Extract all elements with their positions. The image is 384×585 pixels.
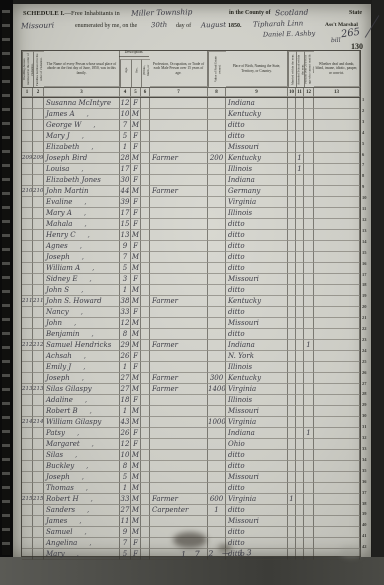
- cannot-read-write-mark: 1: [304, 340, 314, 351]
- married-within-year-mark: [288, 461, 296, 472]
- occupation: [150, 274, 208, 285]
- column-number-12: 12: [304, 88, 314, 97]
- ditto-mark: ,: [90, 407, 92, 415]
- color: [141, 439, 150, 450]
- person-name: Thomas,: [44, 483, 120, 494]
- sex: M: [131, 109, 141, 120]
- family-number: [33, 406, 44, 417]
- ditto-mark: ,: [85, 528, 87, 536]
- married-within-year-mark: [288, 549, 296, 560]
- year-printed: 1850.: [228, 23, 242, 29]
- color: [141, 428, 150, 439]
- married-within-year-mark: [288, 516, 296, 527]
- birthplace: Missouri: [226, 318, 288, 329]
- birthplace: Virginia: [226, 197, 288, 208]
- table-row: Agnes,9Fditto: [22, 241, 360, 252]
- ditto-mark: ,: [89, 539, 91, 547]
- dwelling-number: [22, 472, 33, 483]
- married-within-year-mark: [288, 263, 296, 274]
- sex: M: [131, 505, 141, 516]
- married-within-year-mark: [288, 208, 296, 219]
- table-row: Joseph,7Mditto: [22, 252, 360, 263]
- attended-school-mark: [296, 98, 304, 109]
- occupation: [150, 230, 208, 241]
- occupation: Farmer: [150, 373, 208, 384]
- remarks: [314, 142, 360, 153]
- age: 28: [120, 153, 131, 164]
- married-within-year-mark: [288, 274, 296, 285]
- column-number-2: 2: [33, 88, 44, 97]
- sex: F: [131, 219, 141, 230]
- table-row: 212212Samuel Hendricks29MFarmerIndiana1: [22, 340, 360, 351]
- real-estate-value: [208, 98, 226, 109]
- cannot-read-write-mark: [304, 483, 314, 494]
- sex: M: [131, 417, 141, 428]
- occupation: [150, 461, 208, 472]
- sex: F: [131, 197, 141, 208]
- dwelling-number: [22, 252, 33, 263]
- cannot-read-write-mark: [304, 538, 314, 549]
- ditto-mark: ,: [77, 429, 79, 437]
- birthplace: ditto: [226, 219, 288, 230]
- margin-line-number: 7: [362, 160, 371, 171]
- married-within-year-mark: [288, 395, 296, 406]
- margin-line-number: 6: [362, 150, 371, 161]
- color: [141, 285, 150, 296]
- cannot-read-write-mark: [304, 417, 314, 428]
- remarks: [314, 450, 360, 461]
- birthplace: Missouri: [226, 142, 288, 153]
- margin-line-number: 35: [362, 466, 371, 477]
- real-estate-value: [208, 252, 226, 263]
- attended-school-mark: [296, 373, 304, 384]
- sex: F: [131, 98, 141, 109]
- table-row: Mary A,17FIllinois: [22, 208, 360, 219]
- family-number: [33, 362, 44, 373]
- attended-school-mark: [296, 428, 304, 439]
- color: [141, 384, 150, 395]
- family-number: [33, 318, 44, 329]
- remarks: [314, 362, 360, 373]
- attended-school-mark: [296, 516, 304, 527]
- dwelling-number: [22, 120, 33, 131]
- birthplace: Illinois: [226, 395, 288, 406]
- remarks: [314, 395, 360, 406]
- color: [141, 461, 150, 472]
- column-header-11: Attended School within the year.: [296, 51, 304, 87]
- column-number-8: 8: [208, 88, 226, 97]
- corner-scribble: bill: [331, 37, 341, 44]
- married-within-year-mark: [288, 384, 296, 395]
- birthplace: Kentucky: [226, 153, 288, 164]
- table-row: Robert B,1MMissouri: [22, 406, 360, 417]
- color: [141, 230, 150, 241]
- person-name: Adaline,: [44, 395, 120, 406]
- attended-school-mark: [296, 186, 304, 197]
- age: 3: [120, 274, 131, 285]
- attended-school-mark: [296, 252, 304, 263]
- remarks: [314, 428, 360, 439]
- age: 1: [120, 406, 131, 417]
- margin-line-number: 15: [362, 248, 371, 259]
- margin-line-number: 18: [362, 280, 371, 291]
- married-within-year-mark: [288, 186, 296, 197]
- remarks: [314, 340, 360, 351]
- person-name: Nancy,: [44, 307, 120, 318]
- color: [141, 219, 150, 230]
- table-row: Thomas,1Mditto: [22, 483, 360, 494]
- dwelling-number: [22, 230, 33, 241]
- cannot-read-write-mark: [304, 219, 314, 230]
- family-number: 211: [33, 296, 44, 307]
- birthplace: Illinois: [226, 164, 288, 175]
- age: 33: [120, 494, 131, 505]
- age: 18: [120, 395, 131, 406]
- dwelling-number: [22, 428, 33, 439]
- marshal-signature-2: Daniel E. Ashby: [263, 29, 315, 38]
- color: [141, 527, 150, 538]
- cannot-read-write-mark: [304, 527, 314, 538]
- color: [141, 329, 150, 340]
- color: [141, 318, 150, 329]
- color: [141, 406, 150, 417]
- attended-school-mark: [296, 219, 304, 230]
- age: 1: [120, 362, 131, 373]
- sex: F: [131, 538, 141, 549]
- family-number: 209: [33, 153, 44, 164]
- attended-school-mark: [296, 241, 304, 252]
- real-estate-value: [208, 186, 226, 197]
- remarks: [314, 373, 360, 384]
- ditto-mark: ,: [87, 506, 89, 514]
- attended-school-mark: [296, 329, 304, 340]
- margin-line-number: 28: [362, 389, 371, 400]
- age: 11: [120, 516, 131, 527]
- color: [141, 252, 150, 263]
- remarks: [314, 417, 360, 428]
- table-row: Silas,10Mditto: [22, 450, 360, 461]
- cannot-read-write-mark: [304, 263, 314, 274]
- real-estate-value: 1000: [208, 417, 226, 428]
- birthplace: Virginia: [226, 494, 288, 505]
- margin-line-number: 1: [362, 95, 371, 106]
- attended-school-mark: [296, 197, 304, 208]
- occupation: Farmer: [150, 340, 208, 351]
- age: 1: [120, 285, 131, 296]
- real-estate-value: [208, 109, 226, 120]
- birthplace: Kentucky: [226, 373, 288, 384]
- birthplace: Missouri: [226, 274, 288, 285]
- attended-school-mark: [296, 120, 304, 131]
- real-estate-value: [208, 307, 226, 318]
- cannot-read-write-mark: [304, 439, 314, 450]
- age: 17: [120, 164, 131, 175]
- sex: F: [131, 164, 141, 175]
- real-estate-value: [208, 142, 226, 153]
- cannot-read-write-mark: [304, 131, 314, 142]
- township-handwritten: Miller Township: [131, 7, 193, 18]
- family-number: [33, 439, 44, 450]
- margin-line-number: 32: [362, 433, 371, 444]
- margin-line-number: 39: [362, 509, 371, 520]
- color: [141, 351, 150, 362]
- column-number-5: 5: [131, 88, 141, 97]
- cannot-read-write-mark: [304, 472, 314, 483]
- married-within-year-mark: [288, 362, 296, 373]
- ditto-mark: ,: [81, 286, 83, 294]
- occupation: Carpenter: [150, 505, 208, 516]
- column-number-row: 12345678910111213: [21, 87, 361, 98]
- occupation: [150, 417, 208, 428]
- real-estate-value: 200: [208, 153, 226, 164]
- table-row: Sidney E,3FMissouri: [22, 274, 360, 285]
- person-name: Benjamin,: [44, 329, 120, 340]
- attended-school-mark: [296, 505, 304, 516]
- person-name: Silas,: [44, 450, 120, 461]
- color: [141, 164, 150, 175]
- person-name: George W,: [44, 120, 120, 131]
- birthplace: Ohio: [226, 439, 288, 450]
- occupation: [150, 516, 208, 527]
- remarks: [314, 285, 360, 296]
- family-number: [33, 274, 44, 285]
- dwelling-number: [22, 208, 33, 219]
- column-header-8: Value of Real Estate owned.: [208, 51, 226, 87]
- description-group-header: Description.: [119, 50, 149, 57]
- margin-line-number: 41: [362, 531, 371, 542]
- age: 30: [120, 175, 131, 186]
- age: 7: [120, 252, 131, 263]
- person-name: Henry C,: [44, 230, 120, 241]
- sex: M: [131, 373, 141, 384]
- remarks: [314, 131, 360, 142]
- sex: F: [131, 351, 141, 362]
- ditto-mark: ,: [91, 143, 93, 151]
- real-estate-value: [208, 428, 226, 439]
- column-number-11: 11: [296, 88, 304, 97]
- married-within-year-mark: [288, 483, 296, 494]
- family-number: [33, 98, 44, 109]
- real-estate-value: [208, 274, 226, 285]
- occupation: [150, 142, 208, 153]
- person-name: Joseph Bird: [44, 153, 120, 164]
- age: 13: [120, 230, 131, 241]
- dwelling-number: [22, 527, 33, 538]
- birthplace: Indiana: [226, 340, 288, 351]
- family-number: [33, 208, 44, 219]
- family-number: [33, 461, 44, 472]
- sex: M: [131, 285, 141, 296]
- margin-line-number: 22: [362, 324, 371, 335]
- cannot-read-write-mark: [304, 307, 314, 318]
- person-name: Mahala,: [44, 219, 120, 230]
- occupation: [150, 208, 208, 219]
- person-name: James A,: [44, 109, 120, 120]
- margin-line-number: 10: [362, 193, 371, 204]
- family-number: [33, 131, 44, 142]
- table-row: James A,10MKentucky: [22, 109, 360, 120]
- age: 9: [120, 241, 131, 252]
- real-estate-value: [208, 340, 226, 351]
- dwelling-number: [22, 175, 33, 186]
- family-number: [33, 109, 44, 120]
- margin-line-number: 4: [362, 128, 371, 139]
- dwelling-number: [22, 395, 33, 406]
- cannot-read-write-mark: [304, 549, 314, 560]
- real-estate-value: [208, 527, 226, 538]
- dwelling-number: 215: [22, 494, 33, 505]
- cannot-read-write-mark: [304, 285, 314, 296]
- column-number-7: 7: [150, 88, 208, 97]
- married-within-year-mark: [288, 109, 296, 120]
- occupation: Farmer: [150, 296, 208, 307]
- attended-school-mark: [296, 461, 304, 472]
- remarks: [314, 219, 360, 230]
- county-handwritten: Scotland: [275, 8, 309, 18]
- family-number: [33, 263, 44, 274]
- column-header-6: Color. (White, black, or mulatto.): [141, 59, 150, 87]
- dwelling-number: [22, 450, 33, 461]
- table-row: Elizabeth,1FMissouri: [22, 142, 360, 153]
- column-header-13: Whether deaf and dumb, blind, insane, id…: [314, 51, 360, 87]
- table-row: Mary J,5Fditto: [22, 131, 360, 142]
- married-within-year-mark: [288, 428, 296, 439]
- birthplace: Virginia: [226, 384, 288, 395]
- sex: M: [131, 263, 141, 274]
- dwelling-number: 213: [22, 384, 33, 395]
- schedule-title: SCHEDULE I.—Free Inhabitants in: [23, 10, 120, 17]
- ink-stain: [173, 532, 207, 548]
- margin-line-number: 42: [362, 542, 371, 553]
- family-number: [33, 175, 44, 186]
- margin-line-number: 34: [362, 455, 371, 466]
- color: [141, 538, 150, 549]
- table-row: Evaline,39FVirginia: [22, 197, 360, 208]
- margin-line-number: 3: [362, 117, 371, 128]
- attended-school-mark: [296, 296, 304, 307]
- cannot-read-write-mark: [304, 252, 314, 263]
- birthplace: ditto: [226, 461, 288, 472]
- family-number: 215: [33, 494, 44, 505]
- dwelling-number: [22, 98, 33, 109]
- margin-line-number: 19: [362, 291, 371, 302]
- person-name: Sanders,: [44, 505, 120, 516]
- person-name: Agnes,: [44, 241, 120, 252]
- color: [141, 516, 150, 527]
- month-handwritten: August: [201, 21, 226, 30]
- married-within-year-mark: [288, 285, 296, 296]
- birthplace: ditto: [226, 527, 288, 538]
- margin-line-number: 25: [362, 357, 371, 368]
- dwelling-number: [22, 241, 33, 252]
- age: 1: [120, 483, 131, 494]
- color: [141, 483, 150, 494]
- married-within-year-mark: [288, 307, 296, 318]
- birthplace: ditto: [226, 285, 288, 296]
- real-estate-value: [208, 483, 226, 494]
- ditto-mark: ,: [83, 363, 85, 371]
- birthplace: Indiana: [226, 98, 288, 109]
- birthplace: ditto: [226, 252, 288, 263]
- table-row: Achsah,26FN. York: [22, 351, 360, 362]
- person-name: Mary,: [44, 549, 120, 560]
- sex: M: [131, 450, 141, 461]
- ditto-mark: ,: [84, 220, 86, 228]
- ditto-mark: ,: [88, 231, 90, 239]
- person-name: James,: [44, 516, 120, 527]
- column-header-2: Families numbered in the order of visita…: [33, 51, 44, 87]
- married-within-year-mark: [288, 527, 296, 538]
- cannot-read-write-mark: [304, 241, 314, 252]
- family-number: [33, 549, 44, 560]
- ditto-mark: ,: [81, 308, 83, 316]
- family-number: [33, 450, 44, 461]
- color: [141, 263, 150, 274]
- married-within-year-mark: [288, 472, 296, 483]
- remarks: [314, 461, 360, 472]
- table-row: 215215Robert H,33MFarmer600Virginia1: [22, 494, 360, 505]
- state-handwritten: Missouri: [21, 21, 54, 31]
- age: 15: [120, 219, 131, 230]
- occupation: [150, 329, 208, 340]
- table-row: Patsy,26FIndiana1: [22, 428, 360, 439]
- dwelling-number: 210: [22, 186, 33, 197]
- dwelling-number: [22, 285, 33, 296]
- family-number: [33, 120, 44, 131]
- dwelling-number: [22, 505, 33, 516]
- occupation: [150, 428, 208, 439]
- table-row: Margaret,12FOhio: [22, 439, 360, 450]
- birthplace: Indiana: [226, 175, 288, 186]
- person-name: John S. Howard: [44, 296, 120, 307]
- corner-number-handwritten: 265: [340, 27, 360, 41]
- birthplace: Germany: [226, 186, 288, 197]
- film-smudge: [340, 546, 362, 558]
- ditto-mark: ,: [93, 121, 95, 129]
- line-number-margin: 1234567891011121314151617181920212223242…: [362, 95, 371, 553]
- family-number: [33, 395, 44, 406]
- real-estate-value: [208, 208, 226, 219]
- married-within-year-mark: [288, 153, 296, 164]
- dwelling-number: [22, 109, 33, 120]
- dwelling-number: 212: [22, 340, 33, 351]
- attended-school-mark: [296, 384, 304, 395]
- occupation: [150, 285, 208, 296]
- attended-school-mark: [296, 285, 304, 296]
- table-row: Adaline,18FIllinois: [22, 395, 360, 406]
- real-estate-value: [208, 472, 226, 483]
- dwelling-number: [22, 197, 33, 208]
- birthplace: Kentucky: [226, 109, 288, 120]
- dwelling-number: [22, 131, 33, 142]
- dwelling-number: [22, 329, 33, 340]
- attended-school-mark: [296, 450, 304, 461]
- remarks: [314, 230, 360, 241]
- attended-school-mark: [296, 131, 304, 142]
- occupation: Farmer: [150, 153, 208, 164]
- ditto-mark: ,: [81, 165, 83, 173]
- cannot-read-write-mark: [304, 120, 314, 131]
- real-estate-value: [208, 175, 226, 186]
- ditto-mark: ,: [92, 264, 94, 272]
- cannot-read-write-mark: [304, 329, 314, 340]
- margin-line-number: 17: [362, 270, 371, 281]
- sex: F: [131, 439, 141, 450]
- occupation: [150, 307, 208, 318]
- real-estate-value: [208, 362, 226, 373]
- person-name: Angelina,: [44, 538, 120, 549]
- attended-school-mark: [296, 549, 304, 560]
